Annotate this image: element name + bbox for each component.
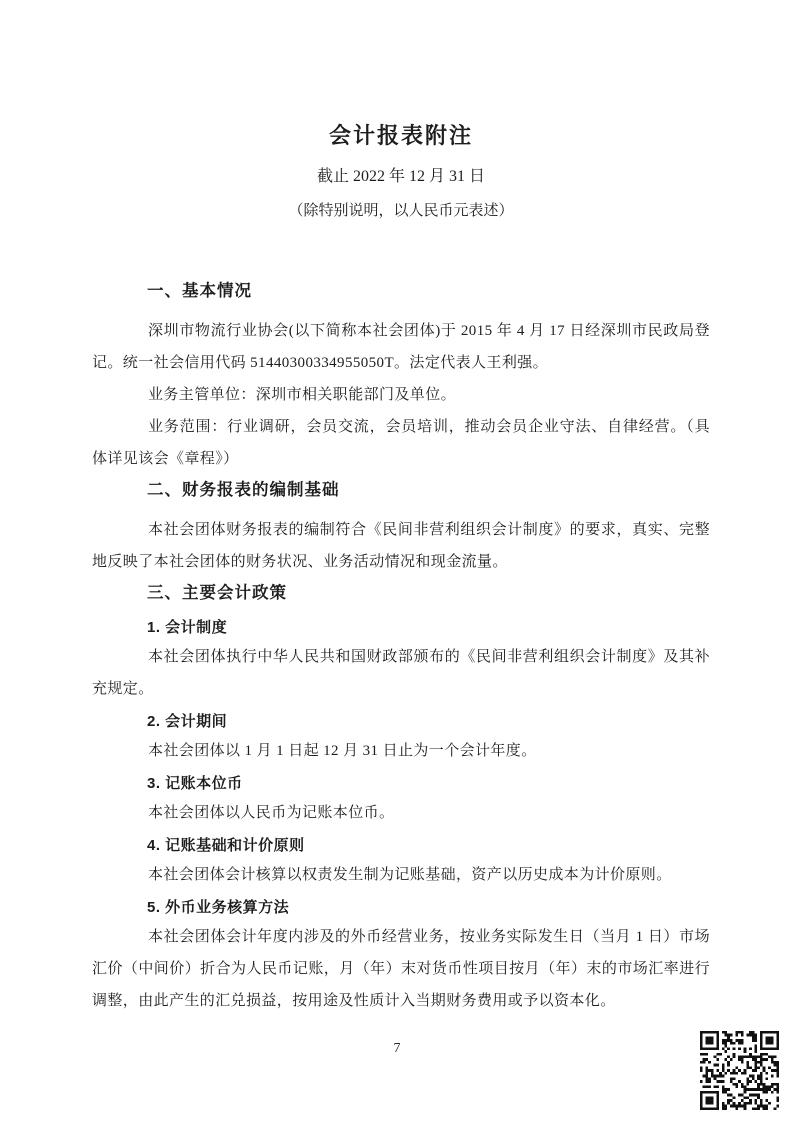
section-basic-info: 一、基本情况 深圳市物流行业协会(以下简称本社会团体)于 2015 年 4 月 … xyxy=(92,280,710,475)
paragraph-business-scope: 业务范围：行业调研，会员交流，会员培训，推动会员企业守法、自律经营。（具体详见该… xyxy=(92,411,710,475)
section-accounting-policies: 三、主要会计政策 1. 会计制度 本社会团体执行中华人民共和国财政部颁布的《民间… xyxy=(92,582,710,1017)
subsection-functional-currency: 3. 记账本位币 本社会团体以人民币为记账本位币。 xyxy=(92,773,710,829)
subheading-accounting-basis: 4. 记账基础和计价原则 xyxy=(147,835,710,857)
paragraph-preparation-basis: 本社会团体财务报表的编制符合《民间非营利组织会计制度》的要求，真实、完整地反映了… xyxy=(92,514,710,578)
subheading-foreign-currency: 5. 外币业务核算方法 xyxy=(147,897,710,919)
report-date: 截止 2022 年 12 月 31 日 xyxy=(92,166,710,188)
paragraph-functional-currency: 本社会团体以人民币为记账本位币。 xyxy=(92,797,710,829)
paragraph-foreign-currency: 本社会团体会计年度内涉及的外币经营业务，按业务实际发生日（当月 1 日）市场汇价… xyxy=(92,921,710,1017)
page-number: 7 xyxy=(0,1040,794,1058)
section-heading-accounting-policies: 三、主要会计政策 xyxy=(147,582,710,604)
subheading-functional-currency: 3. 记账本位币 xyxy=(147,773,710,795)
qr-code xyxy=(700,1031,779,1110)
paragraph-accounting-period: 本社会团体以 1 月 1 日起 12 月 31 日止为一个会计年度。 xyxy=(92,735,710,767)
section-heading-preparation-basis: 二、财务报表的编制基础 xyxy=(147,479,710,501)
paragraph-supervisory-unit: 业务主管单位：深圳市相关职能部门及单位。 xyxy=(92,379,710,411)
paragraph-registration: 深圳市物流行业协会(以下简称本社会团体)于 2015 年 4 月 17 日经深圳… xyxy=(92,315,710,379)
subsection-accounting-system: 1. 会计制度 本社会团体执行中华人民共和国财政部颁布的《民间非营利组织会计制度… xyxy=(92,617,710,705)
section-heading-basic-info: 一、基本情况 xyxy=(147,280,710,302)
subheading-accounting-period: 2. 会计期间 xyxy=(147,711,710,733)
currency-note: （除特别说明，以人民币元表述） xyxy=(92,201,710,221)
subsection-foreign-currency: 5. 外币业务核算方法 本社会团体会计年度内涉及的外币经营业务，按业务实际发生日… xyxy=(92,897,710,1017)
document-page: 会计报表附注 截止 2022 年 12 月 31 日 （除特别说明，以人民币元表… xyxy=(0,0,794,1123)
subsection-accounting-basis: 4. 记账基础和计价原则 本社会团体会计核算以权责发生制为记账基础，资产以历史成… xyxy=(92,835,710,891)
paragraph-accounting-system: 本社会团体执行中华人民共和国财政部颁布的《民间非营利组织会计制度》及其补充规定。 xyxy=(92,641,710,705)
page-title: 会计报表附注 xyxy=(92,123,710,149)
paragraph-accounting-basis: 本社会团体会计核算以权责发生制为记账基础，资产以历史成本为计价原则。 xyxy=(92,859,710,891)
subheading-accounting-system: 1. 会计制度 xyxy=(147,617,710,639)
section-preparation-basis: 二、财务报表的编制基础 本社会团体财务报表的编制符合《民间非营利组织会计制度》的… xyxy=(92,479,710,578)
subsection-accounting-period: 2. 会计期间 本社会团体以 1 月 1 日起 12 月 31 日止为一个会计年… xyxy=(92,711,710,767)
